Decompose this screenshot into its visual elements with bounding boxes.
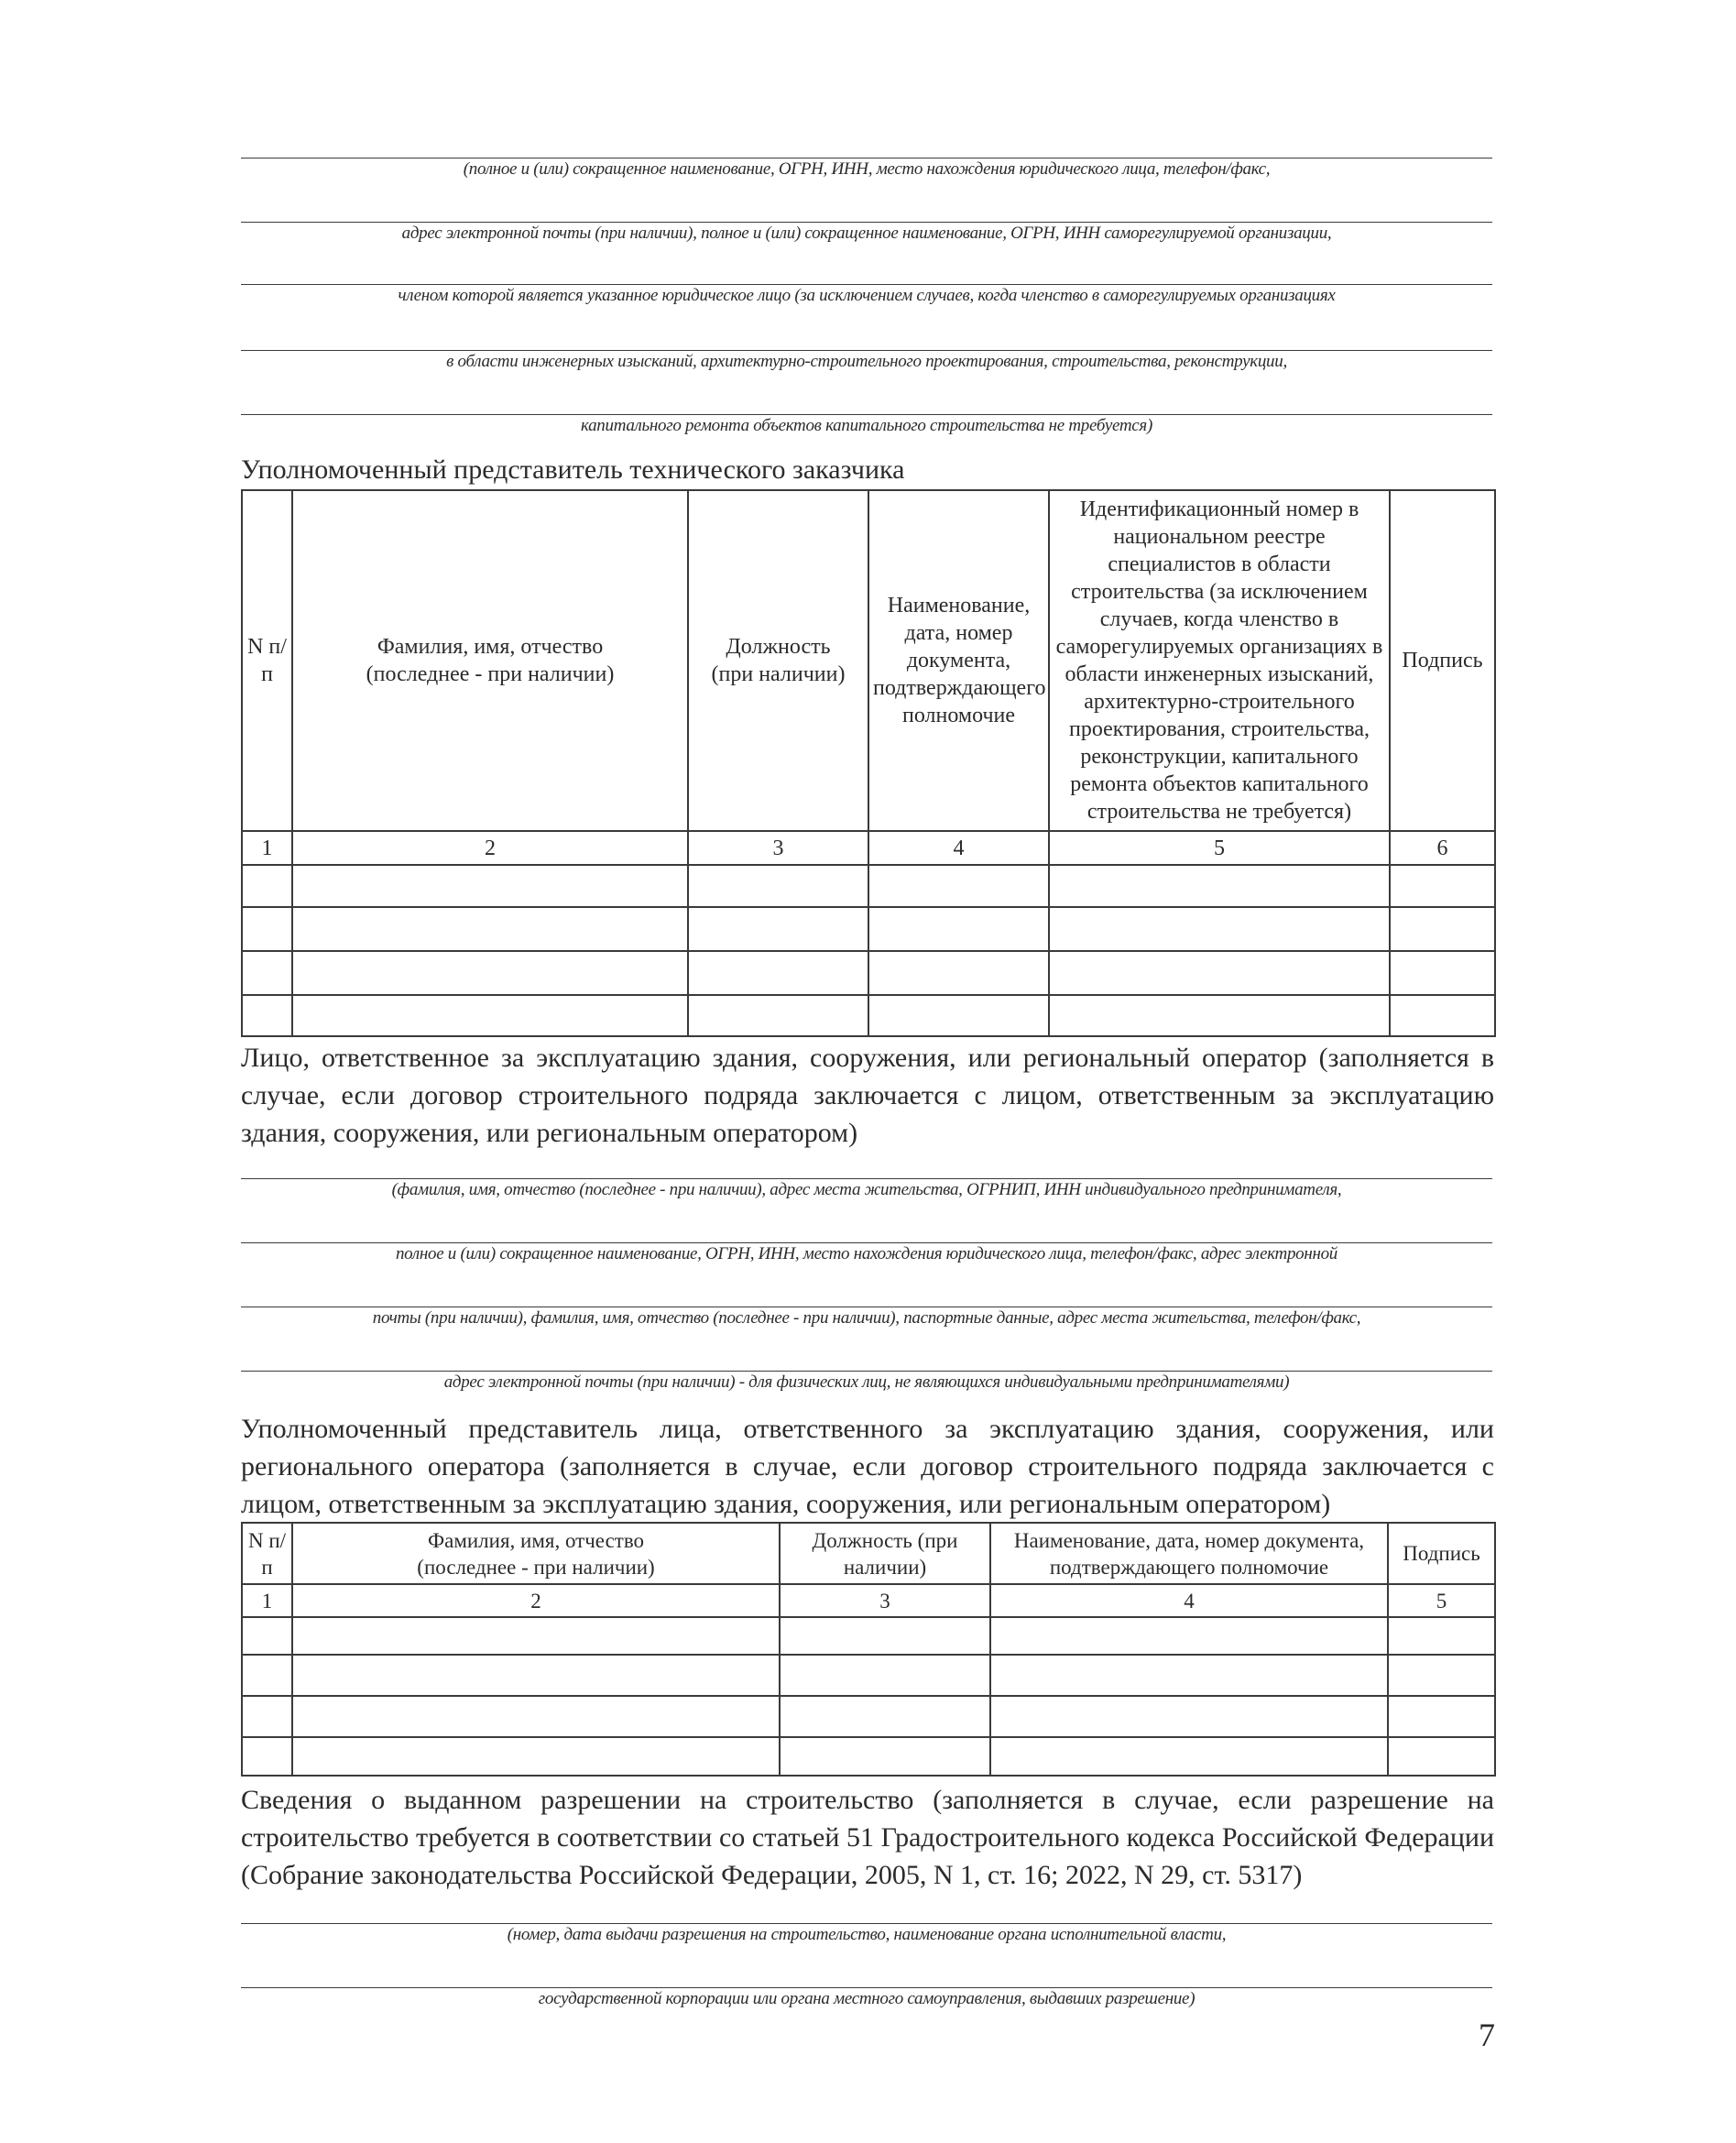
cell[interactable] [292,1696,780,1737]
cell[interactable] [292,1737,780,1776]
col-number: 1 [242,1584,292,1617]
fill-line[interactable] [241,414,1492,415]
cell[interactable] [688,865,868,907]
cell[interactable] [292,951,688,995]
cell[interactable] [242,865,292,907]
cell[interactable] [292,1655,780,1696]
col-header: N п/п [242,490,292,831]
cell[interactable] [242,995,292,1036]
field-caption: капитального ремонта объектов капитально… [241,416,1492,436]
cell[interactable] [292,865,688,907]
fill-line[interactable] [241,222,1492,223]
column-number-row: 1 2 3 4 5 [242,1584,1495,1617]
col-header: Должность (при наличии) [780,1523,990,1584]
cell[interactable] [688,907,868,951]
col-number: 5 [1388,1584,1495,1617]
fill-line[interactable] [241,1307,1492,1307]
fill-line[interactable] [241,1987,1492,1988]
cell[interactable] [990,1655,1388,1696]
cell[interactable] [1388,1617,1495,1655]
table-header-row: N п/п Фамилия, имя, отчество (последнее … [242,1523,1495,1584]
table-row [242,995,1495,1036]
col-header: Идентификационный номер в национальном р… [1049,490,1390,831]
fill-line[interactable] [241,1923,1492,1924]
cell[interactable] [868,995,1049,1036]
cell[interactable] [1390,951,1495,995]
col-header: Фамилия, имя, отчество (последнее - при … [292,1523,780,1584]
cell[interactable] [990,1617,1388,1655]
col-header: Наименование, дата, номер документа, под… [990,1523,1388,1584]
fill-line[interactable] [241,350,1492,351]
fill-line[interactable] [241,1178,1492,1179]
field-caption: членом которой является указанное юридич… [241,286,1492,306]
cell[interactable] [780,1737,990,1776]
cell[interactable] [292,907,688,951]
cell[interactable] [242,1737,292,1776]
cell[interactable] [1049,951,1390,995]
cell[interactable] [688,951,868,995]
field-caption: полное и (или) сокращенное наименование,… [241,1244,1492,1264]
cell[interactable] [780,1617,990,1655]
table-row [242,907,1495,951]
cell[interactable] [1390,995,1495,1036]
cell[interactable] [242,951,292,995]
table-row [242,865,1495,907]
table-row [242,1737,1495,1776]
field-caption: адрес электронной почты (при наличии), п… [241,224,1492,244]
col-header: Должность (при наличии) [688,490,868,831]
table-row [242,951,1495,995]
cell[interactable] [1388,1737,1495,1776]
col-number: 2 [292,831,688,865]
cell[interactable] [868,951,1049,995]
cell[interactable] [688,995,868,1036]
cell[interactable] [990,1737,1388,1776]
cell[interactable] [1049,995,1390,1036]
table-row [242,1617,1495,1655]
fill-line[interactable] [241,158,1492,159]
cell[interactable] [292,1617,780,1655]
table-row [242,1696,1495,1737]
cell[interactable] [242,1655,292,1696]
cell[interactable] [868,907,1049,951]
col-header: Наименование, дата, номер документа, под… [868,490,1049,831]
col-header: N п/п [242,1523,292,1584]
cell[interactable] [1390,907,1495,951]
fill-line[interactable] [241,1242,1492,1243]
col-number: 1 [242,831,292,865]
technical-customer-rep-table: N п/п Фамилия, имя, отчество (последнее … [241,489,1496,1037]
col-header: Подпись [1390,490,1495,831]
field-caption: (номер, дата выдачи разрешения на строит… [241,1925,1492,1945]
cell[interactable] [242,1617,292,1655]
cell[interactable] [1388,1655,1495,1696]
col-header: Подпись [1388,1523,1495,1584]
page-number: 7 [1466,2016,1495,2054]
cell[interactable] [292,995,688,1036]
cell[interactable] [242,907,292,951]
fill-line[interactable] [241,1371,1492,1372]
section-heading: Сведения о выданном разрешении на строит… [241,1781,1494,1894]
col-number: 4 [990,1584,1388,1617]
field-caption: почты (при наличии), фамилия, имя, отчес… [241,1308,1492,1328]
operator-rep-table: N п/п Фамилия, имя, отчество (последнее … [241,1522,1496,1777]
cell[interactable] [1390,865,1495,907]
col-number: 3 [780,1584,990,1617]
col-header: Фамилия, имя, отчество (последнее - при … [292,490,688,831]
col-number: 3 [688,831,868,865]
cell[interactable] [868,865,1049,907]
section-heading: Уполномоченный представитель техническог… [241,451,1494,488]
cell[interactable] [780,1655,990,1696]
section-heading: Лицо, ответственное за эксплуатацию здан… [241,1039,1494,1152]
field-caption: адрес электронной почты (при наличии) - … [241,1372,1492,1393]
field-caption: (полное и (или) сокращенное наименование… [241,159,1492,180]
cell[interactable] [990,1696,1388,1737]
cell[interactable] [1388,1696,1495,1737]
table-header-row: N п/п Фамилия, имя, отчество (последнее … [242,490,1495,831]
cell[interactable] [1049,907,1390,951]
section-heading: Уполномоченный представитель лица, ответ… [241,1410,1494,1523]
column-number-row: 1 2 3 4 5 6 [242,831,1495,865]
cell[interactable] [1049,865,1390,907]
fill-line[interactable] [241,284,1492,285]
field-caption: в области инженерных изысканий, архитект… [241,352,1492,372]
cell[interactable] [242,1696,292,1737]
cell[interactable] [780,1696,990,1737]
col-number: 5 [1049,831,1390,865]
col-number: 6 [1390,831,1495,865]
table-row [242,1655,1495,1696]
col-number: 2 [292,1584,780,1617]
field-caption: государственной корпорации или органа ме… [241,1989,1492,2009]
col-number: 4 [868,831,1049,865]
field-caption: (фамилия, имя, отчество (последнее - при… [241,1180,1492,1200]
